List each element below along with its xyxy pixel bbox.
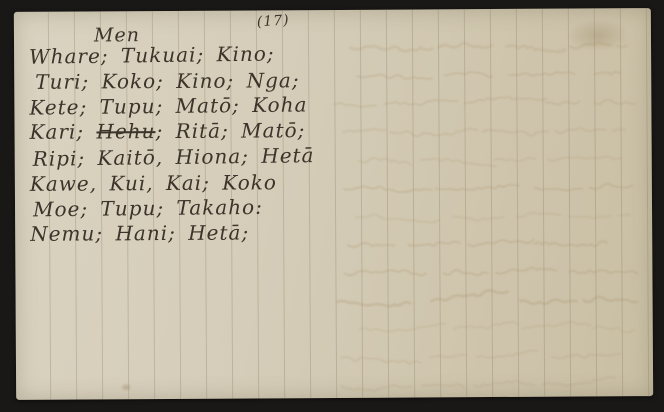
manuscript-page: (17) Men Whare; Tukuai; Kino; Turi; Koko… [14, 8, 653, 400]
name-line: Moe; Tupu; Takaho: [33, 196, 263, 222]
name-line: Kari; Hehu; Ritā; Matō; [29, 119, 305, 144]
name-line: Nemu; Hani; Hetā; [30, 222, 249, 246]
name-line: Kawe, Kui, Kai; Koko [30, 171, 277, 196]
scan-background: (17) Men Whare; Tukuai; Kino; Turi; Koko… [0, 0, 664, 412]
stain [118, 381, 134, 393]
name-segment: Kari; [29, 119, 96, 143]
name-segment: ; Ritā; Matō; [155, 118, 305, 143]
name-line: Ripi; Kaitō, Hiona; Hetā [33, 144, 315, 171]
name-line: Whare; Tukuai; Kino; [29, 43, 275, 69]
name-line: Turi; Koko; Kino; Nga; [35, 69, 299, 94]
name-line: Kete; Tupu; Matō; Koha [29, 93, 307, 119]
page-number: (17) [256, 12, 290, 30]
struck-name: Hehu [96, 119, 155, 143]
